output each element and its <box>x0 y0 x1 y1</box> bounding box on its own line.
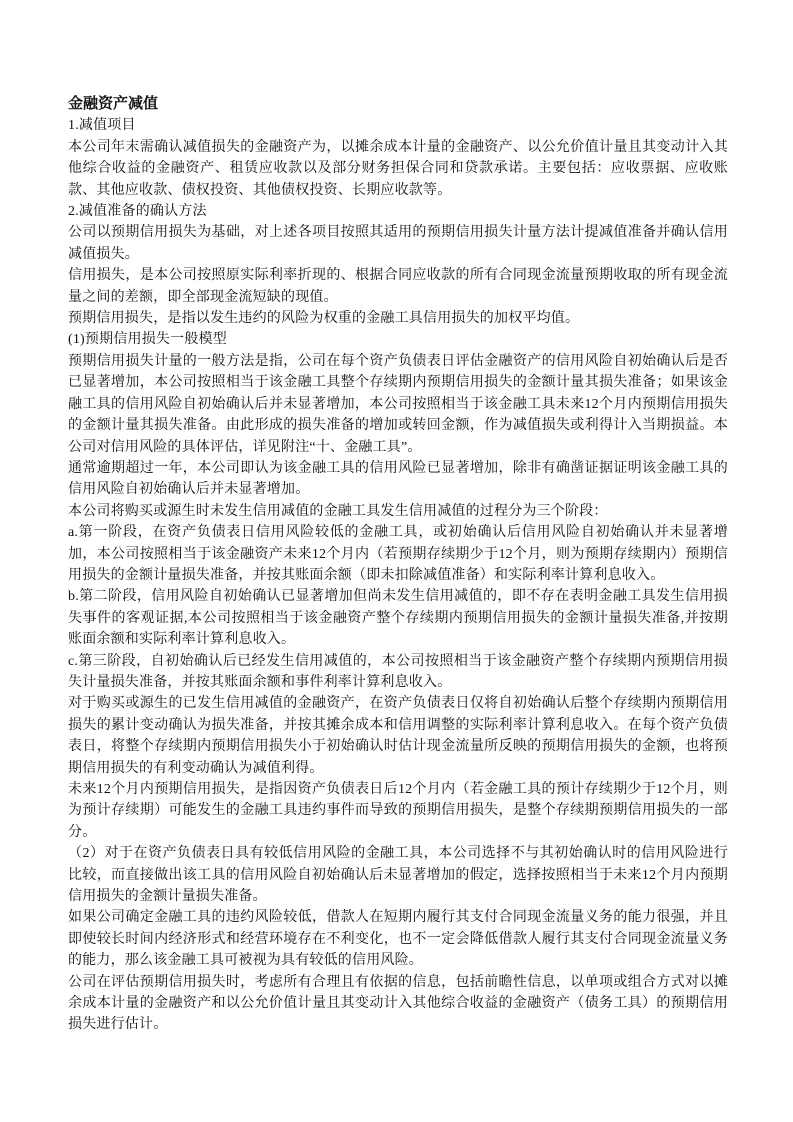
paragraph-general-model-heading: (1)预期信用损失一般模型 <box>68 329 728 350</box>
document-page: 金融资产减值 1.减值项目 本公司年末需确认减值损失的金融资产为，以摊余成本计量… <box>68 94 728 1036</box>
paragraph-low-risk-criteria: 如果公司确定金融工具的违约风险较低，借款人在短期内履行其支付合同现金流量义务的能… <box>68 907 728 971</box>
paragraph-credit-loss-definition: 信用损失，是本公司按照原实际利率折现的、根据合同应收款的所有合同现金流量预期收取… <box>68 265 728 308</box>
paragraph-purchased-impaired-assets: 对于购买或源生的已发生信用减值的金融资产，在资产负债表日仅将自初始确认后整个存续… <box>68 693 728 779</box>
paragraph-three-stages-intro: 本公司将购买或源生时未发生信用减值的金融工具发生信用减值的过程分为三个阶段： <box>68 501 728 522</box>
paragraph-stage-three: c.第三阶段，自初始确认后已经发生信用减值的，本公司按照相当于该金融资产整个存续… <box>68 651 728 694</box>
paragraph-ecl-definition: 预期信用损失，是指以发生违约的风险为权重的金融工具信用损失的加权平均值。 <box>68 308 728 329</box>
paragraph-stage-one: a.第一阶段，在资产负债表日信用风险较低的金融工具，或初始确认后信用风险自初始确… <box>68 522 728 586</box>
paragraph-ecl-basis: 公司以预期信用损失为基础，对上述各项目按照其适用的预期信用损失计量方法计提减值准… <box>68 222 728 265</box>
paragraph-low-risk-option: （2）对于在资产负债表日具有较低信用风险的金融工具，本公司选择不与其初始确认时的… <box>68 843 728 907</box>
paragraph-12-month-ecl-definition: 未来12个月内预期信用损失，是指因资产负债表日后12个月内（若金融工具的预计存续… <box>68 779 728 843</box>
paragraph-section-2-heading: 2.减值准备的确认方法 <box>68 201 728 222</box>
paragraph-overdue-one-year: 通常逾期超过一年，本公司即认为该金融工具的信用风险已显著增加，除非有确凿证据证明… <box>68 458 728 501</box>
paragraph-section-1-heading: 1.减值项目 <box>68 115 728 136</box>
paragraph-ecl-estimation-basis: 公司在评估预期信用损失时，考虑所有合理且有依据的信息，包括前瞻性信息，以单项或组… <box>68 972 728 1036</box>
paragraph-general-model-method: 预期信用损失计量的一般方法是指，公司在每个资产负债表日评估金融资产的信用风险自初… <box>68 351 728 458</box>
document-title: 金融资产减值 <box>68 94 728 115</box>
paragraph-stage-two: b.第二阶段，信用风险自初始确认已显著增加但尚未发生信用减值的，即不存在表明金融… <box>68 586 728 650</box>
paragraph-impairment-items: 本公司年末需确认减值损失的金融资产为，以摊余成本计量的金融资产、以公允价值计量且… <box>68 137 728 201</box>
